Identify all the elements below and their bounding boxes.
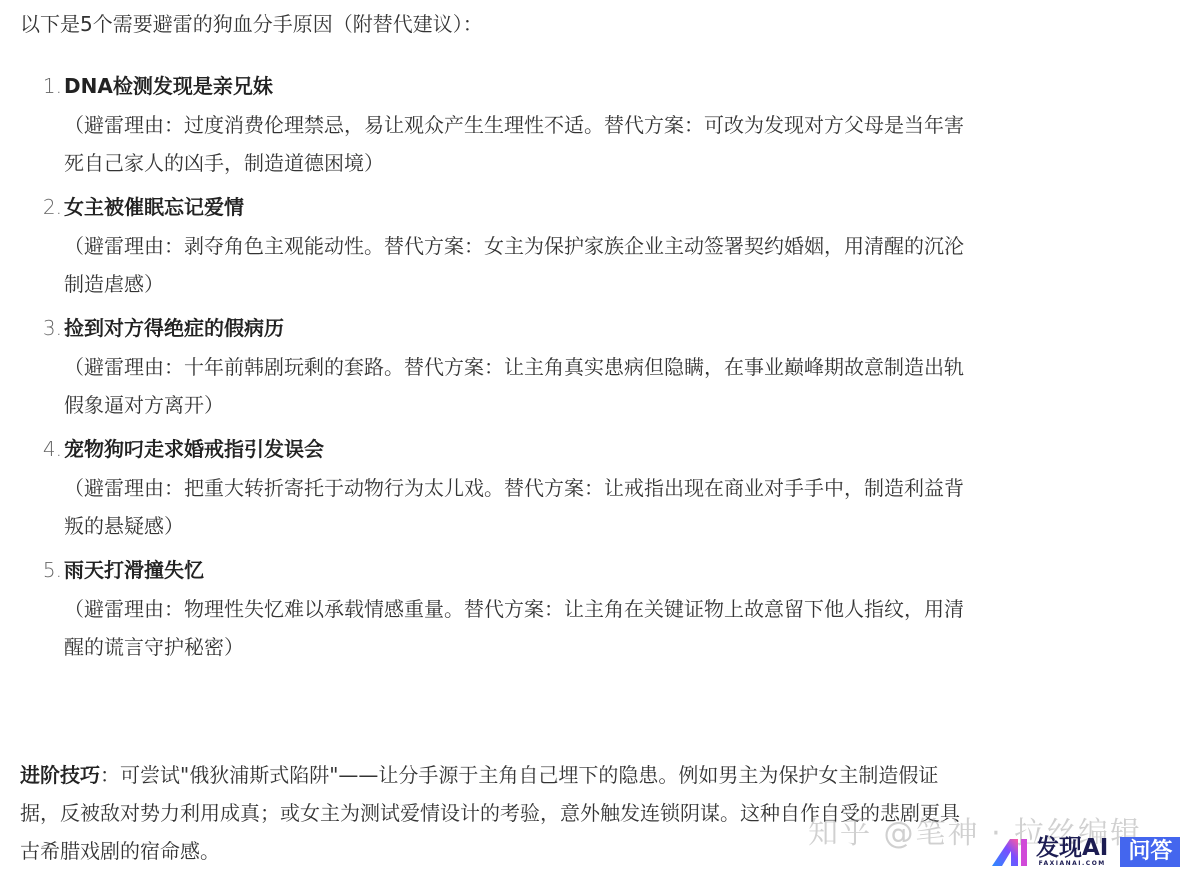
- item-number: 3.: [20, 310, 64, 346]
- description-line: 制造虐感）: [64, 265, 1164, 303]
- item-title: 宠物狗叼走求婚戒指引发误会: [64, 437, 324, 461]
- description-line: （避雷理由：剥夺角色主观能动性。替代方案：女主为保护家族企业主动签署契约婚姻，用…: [64, 227, 1164, 265]
- list-item: 5.雨天打滑撞失忆 （避雷理由：物理性失忆难以承载情感重量。替代方案：让主角在关…: [20, 552, 1180, 666]
- item-description: （避雷理由：过度消费伦理禁忌，易让观众产生生理性不适。替代方案：可改为发现对方父…: [20, 106, 1164, 182]
- item-number: 2.: [20, 189, 64, 225]
- description-line: （避雷理由：十年前韩剧玩剩的套路。替代方案：让主角真实患病但隐瞒，在事业巅峰期故…: [64, 348, 1164, 386]
- brand-mark: 发现AI FAXIANAI.COM 问答: [990, 836, 1180, 867]
- item-description: （避雷理由：十年前韩剧玩剩的套路。替代方案：让主角真实患病但隐瞒，在事业巅峰期故…: [20, 348, 1164, 424]
- brand-domain: FAXIANAI.COM: [1039, 860, 1106, 867]
- brand-name: 发现AI: [1036, 836, 1108, 860]
- item-number: 1.: [20, 68, 64, 104]
- list-item: 4.宠物狗叼走求婚戒指引发误会 （避雷理由：把重大转折寄托于动物行为太儿戏。替代…: [20, 431, 1180, 545]
- ai-logo-icon: [990, 837, 1030, 867]
- item-description: （避雷理由：物理性失忆难以承载情感重量。替代方案：让主角在关键证物上故意留下他人…: [20, 590, 1164, 666]
- item-title: 雨天打滑撞失忆: [64, 558, 204, 582]
- list-item: 1.DNA检测发现是亲兄妹 （避雷理由：过度消费伦理禁忌，易让观众产生生理性不适…: [20, 68, 1180, 182]
- description-line: 叛的悬疑感）: [64, 507, 1164, 545]
- description-line: （避雷理由：过度消费伦理禁忌，易让观众产生生理性不适。替代方案：可改为发现对方父…: [64, 106, 1164, 144]
- tip-label: 进阶技巧: [20, 763, 100, 787]
- list-item: 2.女主被催眠忘记爱情 （避雷理由：剥夺角色主观能动性。替代方案：女主为保护家族…: [20, 189, 1180, 303]
- description-line: 死自己家人的凶手，制造道德困境）: [64, 144, 1164, 182]
- description-line: （避雷理由：把重大转折寄托于动物行为太儿戏。替代方案：让戒指出现在商业对手手中，…: [64, 469, 1164, 507]
- item-description: （避雷理由：把重大转折寄托于动物行为太儿戏。替代方案：让戒指出现在商业对手手中，…: [20, 469, 1164, 545]
- item-title: 女主被催眠忘记爱情: [64, 195, 244, 219]
- description-line: 醒的谎言守护秘密）: [64, 628, 1164, 666]
- item-title: 捡到对方得绝症的假病历: [64, 316, 284, 340]
- tip-text: ：可尝试"俄狄浦斯式陷阱"——让分手源于主角自己埋下的隐患。例如男主为保护女主制…: [100, 763, 938, 787]
- description-line: 假象逼对方离开）: [64, 386, 1164, 424]
- item-description: （避雷理由：剥夺角色主观能动性。替代方案：女主为保护家族企业主动签署契约婚姻，用…: [20, 227, 1164, 303]
- item-title: DNA检测发现是亲兄妹: [64, 74, 273, 98]
- reasons-list: 1.DNA检测发现是亲兄妹 （避雷理由：过度消费伦理禁忌，易让观众产生生理性不适…: [20, 68, 1180, 673]
- item-number: 5.: [20, 552, 64, 588]
- list-item: 3.捡到对方得绝症的假病历 （避雷理由：十年前韩剧玩剩的套路。替代方案：让主角真…: [20, 310, 1180, 424]
- item-number: 4.: [20, 431, 64, 467]
- qa-badge: 问答: [1120, 837, 1180, 867]
- intro-text: 以下是5个需要避雷的狗血分手原因（附替代建议）：: [20, 8, 483, 40]
- description-line: （避雷理由：物理性失忆难以承载情感重量。替代方案：让主角在关键证物上故意留下他人…: [64, 590, 1164, 628]
